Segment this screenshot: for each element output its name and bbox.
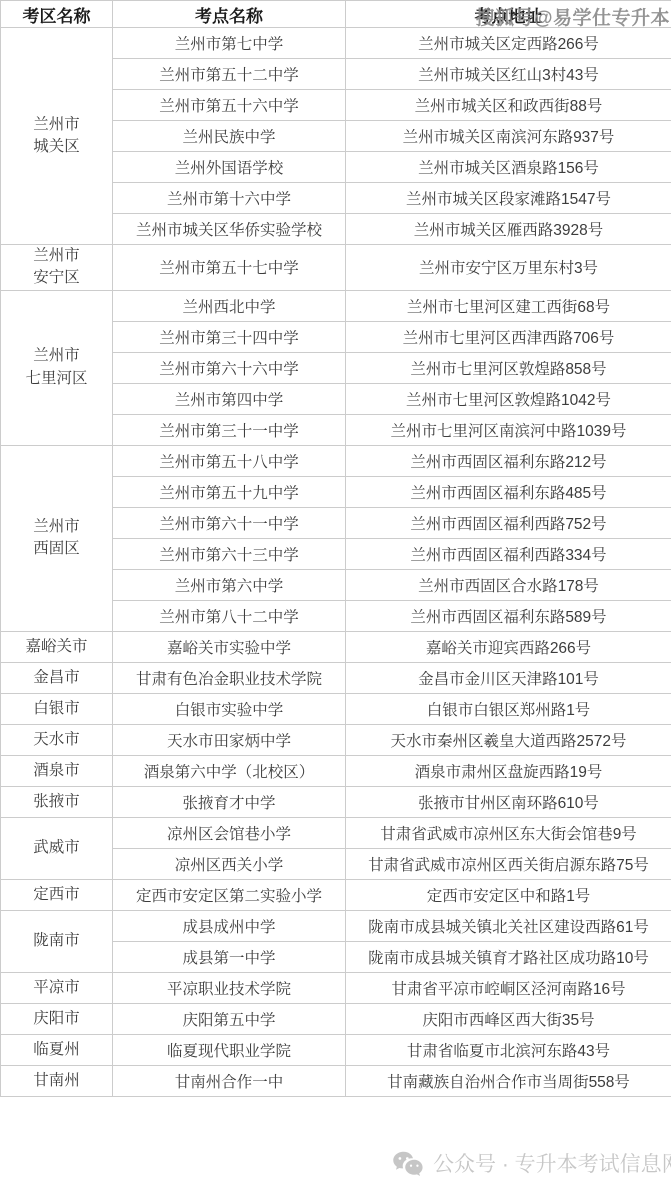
site-address-cell: 庆阳市西峰区西大街35号 — [346, 1003, 671, 1034]
exam-sites-table: 考区名称 考点名称 考点地址 兰州市城关区兰州市第七中学兰州市城关区定西路266… — [0, 0, 671, 1097]
site-address-cell: 兰州市七里河区敦煌路1042号 — [346, 383, 671, 414]
site-name-cell: 酒泉第六中学（北校区） — [113, 755, 346, 786]
site-name-cell: 兰州市第五十七中学 — [113, 245, 346, 291]
site-name-cell: 凉州区会馆巷小学 — [113, 817, 346, 848]
district-name-line: 城关区 — [3, 136, 110, 158]
table-row: 金昌市甘肃有色冶金职业技术学院金昌市金川区天津路101号 — [1, 662, 671, 693]
district-name-line: 张掖市 — [3, 791, 110, 813]
site-name-cell: 兰州市第五十八中学 — [113, 445, 346, 476]
site-name-cell: 兰州市第五十六中学 — [113, 90, 346, 121]
district-name-line: 白银市 — [3, 698, 110, 720]
district-name-line: 酒泉市 — [3, 760, 110, 782]
site-name-cell: 甘南州合作一中 — [113, 1065, 346, 1096]
site-address-cell: 甘肃省武威市凉州区西关街启源东路75号 — [346, 848, 671, 879]
district-cell: 陇南市 — [1, 910, 113, 972]
site-name-cell: 凉州区西关小学 — [113, 848, 346, 879]
site-name-cell: 张掖育才中学 — [113, 786, 346, 817]
district-cell: 白银市 — [1, 693, 113, 724]
table-row: 兰州市安宁区兰州市第五十七中学兰州市安宁区万里东村3号 — [1, 245, 671, 291]
site-address-cell: 天水市秦州区羲皇大道西路2572号 — [346, 724, 671, 755]
district-cell: 张掖市 — [1, 786, 113, 817]
site-name-cell: 兰州市第六十三中学 — [113, 538, 346, 569]
site-name-cell: 兰州市第五十九中学 — [113, 476, 346, 507]
site-address-cell: 兰州市西固区福利西路752号 — [346, 507, 671, 538]
site-address-cell: 兰州市城关区和政西街88号 — [346, 90, 671, 121]
site-address-cell: 兰州市城关区定西路266号 — [346, 28, 671, 59]
site-address-cell: 陇南市成县城关镇北关社区建设西路61号 — [346, 910, 671, 941]
exam-table-body: 兰州市城关区兰州市第七中学兰州市城关区定西路266号兰州市第五十二中学兰州市城关… — [1, 28, 671, 1097]
site-name-cell: 兰州外国语学校 — [113, 152, 346, 183]
site-address-cell: 张掖市甘州区南环路610号 — [346, 786, 671, 817]
district-name-line: 兰州市 — [3, 516, 110, 538]
table-row: 陇南市成县成州中学陇南市成县城关镇北关社区建设西路61号 — [1, 910, 671, 941]
district-name-line: 庆阳市 — [3, 1008, 110, 1030]
site-address-cell: 兰州市七里河区西津西路706号 — [346, 321, 671, 352]
site-address-cell: 兰州市城关区酒泉路156号 — [346, 152, 671, 183]
district-cell: 兰州市安宁区 — [1, 245, 113, 291]
site-name-cell: 兰州市第六十六中学 — [113, 352, 346, 383]
site-name-cell: 兰州西北中学 — [113, 290, 346, 321]
site-address-cell: 兰州市七里河区南滨河中路1039号 — [346, 414, 671, 445]
site-address-cell: 兰州市西固区福利东路589号 — [346, 600, 671, 631]
page: 搜狐号@易学仕专升本 考区名称 考点名称 考点地址 兰州市城关区兰州市第七中学兰… — [0, 0, 671, 1190]
table-row: 武威市凉州区会馆巷小学甘肃省武威市凉州区东大街会馆巷9号 — [1, 817, 671, 848]
wechat-icon — [392, 1150, 424, 1177]
site-address-cell: 兰州市西固区福利东路485号 — [346, 476, 671, 507]
district-name-line: 安宁区 — [3, 267, 110, 289]
site-name-cell: 兰州市第三十四中学 — [113, 321, 346, 352]
site-name-cell: 成县第一中学 — [113, 941, 346, 972]
site-name-cell: 天水市田家炳中学 — [113, 724, 346, 755]
district-cell: 金昌市 — [1, 662, 113, 693]
district-name-line: 西固区 — [3, 538, 110, 560]
site-name-cell: 甘肃有色冶金职业技术学院 — [113, 662, 346, 693]
district-name-line: 兰州市 — [3, 245, 110, 267]
site-name-cell: 庆阳第五中学 — [113, 1003, 346, 1034]
district-name-line: 天水市 — [3, 729, 110, 751]
site-address-cell: 兰州市西固区福利西路334号 — [346, 538, 671, 569]
district-cell: 兰州市城关区 — [1, 28, 113, 245]
site-name-cell: 成县成州中学 — [113, 910, 346, 941]
table-row: 兰州市西固区兰州市第五十八中学兰州市西固区福利东路212号 — [1, 445, 671, 476]
district-name-line: 平凉市 — [3, 977, 110, 999]
site-address-cell: 兰州市西固区合水路178号 — [346, 569, 671, 600]
footer-watermark: 公众号 · 专升本考试信息网 — [392, 1148, 671, 1178]
site-address-cell: 兰州市城关区段家滩路1547号 — [346, 183, 671, 214]
district-name-line: 武威市 — [3, 837, 110, 859]
table-row: 临夏州临夏现代职业学院甘肃省临夏市北滨河东路43号 — [1, 1034, 671, 1065]
table-row: 酒泉市酒泉第六中学（北校区）酒泉市肃州区盘旋西路19号 — [1, 755, 671, 786]
site-address-cell: 嘉峪关市迎宾西路266号 — [346, 631, 671, 662]
site-name-cell: 兰州市第六中学 — [113, 569, 346, 600]
district-name-line: 临夏州 — [3, 1039, 110, 1061]
site-address-cell: 定西市安定区中和路1号 — [346, 879, 671, 910]
district-name-line: 金昌市 — [3, 667, 110, 689]
district-cell: 庆阳市 — [1, 1003, 113, 1034]
table-row: 甘南州甘南州合作一中甘南藏族自治州合作市当周街558号 — [1, 1065, 671, 1096]
site-address-cell: 兰州市城关区红山3村43号 — [346, 59, 671, 90]
site-address-cell: 甘肃省武威市凉州区东大街会馆巷9号 — [346, 817, 671, 848]
district-cell: 平凉市 — [1, 972, 113, 1003]
district-cell: 定西市 — [1, 879, 113, 910]
district-cell: 天水市 — [1, 724, 113, 755]
site-address-cell: 甘肃省临夏市北滨河东路43号 — [346, 1034, 671, 1065]
site-address-cell: 白银市白银区郑州路1号 — [346, 693, 671, 724]
district-name-line: 兰州市 — [3, 345, 110, 367]
district-cell: 兰州市七里河区 — [1, 290, 113, 445]
site-address-cell: 金昌市金川区天津路101号 — [346, 662, 671, 693]
site-address-cell: 兰州市城关区南滨河东路937号 — [346, 121, 671, 152]
district-name-line: 陇南市 — [3, 930, 110, 952]
site-address-cell: 甘肃省平凉市崆峒区泾河南路16号 — [346, 972, 671, 1003]
site-name-cell: 平凉职业技术学院 — [113, 972, 346, 1003]
site-address-cell: 甘南藏族自治州合作市当周街558号 — [346, 1065, 671, 1096]
site-address-cell: 兰州市七里河区敦煌路858号 — [346, 352, 671, 383]
site-address-cell: 陇南市成县城关镇育才路社区成功路10号 — [346, 941, 671, 972]
site-address-cell: 兰州市安宁区万里东村3号 — [346, 245, 671, 291]
site-name-cell: 临夏现代职业学院 — [113, 1034, 346, 1065]
site-name-cell: 兰州市第七中学 — [113, 28, 346, 59]
table-row: 兰州市七里河区兰州西北中学兰州市七里河区建工西街68号 — [1, 290, 671, 321]
site-name-cell: 定西市安定区第二实验小学 — [113, 879, 346, 910]
site-name-cell: 兰州市第十六中学 — [113, 183, 346, 214]
header-district: 考区名称 — [1, 1, 113, 28]
site-name-cell: 兰州民族中学 — [113, 121, 346, 152]
district-cell: 嘉峪关市 — [1, 631, 113, 662]
district-name-line: 兰州市 — [3, 114, 110, 136]
site-address-cell: 酒泉市肃州区盘旋西路19号 — [346, 755, 671, 786]
site-name-cell: 兰州市城关区华侨实验学校 — [113, 214, 346, 245]
district-cell: 甘南州 — [1, 1065, 113, 1096]
table-row: 张掖市张掖育才中学张掖市甘州区南环路610号 — [1, 786, 671, 817]
district-name-line: 七里河区 — [3, 368, 110, 390]
site-address-cell: 兰州市西固区福利东路212号 — [346, 445, 671, 476]
site-name-cell: 兰州市第三十一中学 — [113, 414, 346, 445]
header-site-name: 考点名称 — [113, 1, 346, 28]
site-name-cell: 白银市实验中学 — [113, 693, 346, 724]
district-name-line: 甘南州 — [3, 1070, 110, 1092]
table-row: 平凉市平凉职业技术学院甘肃省平凉市崆峒区泾河南路16号 — [1, 972, 671, 1003]
site-name-cell: 兰州市第四中学 — [113, 383, 346, 414]
table-row: 天水市天水市田家炳中学天水市秦州区羲皇大道西路2572号 — [1, 724, 671, 755]
table-row: 兰州市城关区兰州市第七中学兰州市城关区定西路266号 — [1, 28, 671, 59]
district-cell: 临夏州 — [1, 1034, 113, 1065]
site-name-cell: 兰州市第八十二中学 — [113, 600, 346, 631]
site-address-cell: 兰州市城关区雁西路3928号 — [346, 214, 671, 245]
district-cell: 兰州市西固区 — [1, 445, 113, 631]
table-row: 嘉峪关市嘉峪关市实验中学嘉峪关市迎宾西路266号 — [1, 631, 671, 662]
district-name-line: 定西市 — [3, 884, 110, 906]
district-cell: 酒泉市 — [1, 755, 113, 786]
site-name-cell: 兰州市第六十一中学 — [113, 507, 346, 538]
site-name-cell: 兰州市第五十二中学 — [113, 59, 346, 90]
site-address-cell: 兰州市七里河区建工西街68号 — [346, 290, 671, 321]
table-row: 庆阳市庆阳第五中学庆阳市西峰区西大街35号 — [1, 1003, 671, 1034]
footer-text: 公众号 · 专升本考试信息网 — [433, 1148, 671, 1178]
table-row: 定西市定西市安定区第二实验小学定西市安定区中和路1号 — [1, 879, 671, 910]
district-name-line: 嘉峪关市 — [3, 636, 110, 658]
table-row: 白银市白银市实验中学白银市白银区郑州路1号 — [1, 693, 671, 724]
site-name-cell: 嘉峪关市实验中学 — [113, 631, 346, 662]
district-cell: 武威市 — [1, 817, 113, 879]
sohu-watermark: 搜狐号@易学仕专升本 — [475, 3, 670, 30]
